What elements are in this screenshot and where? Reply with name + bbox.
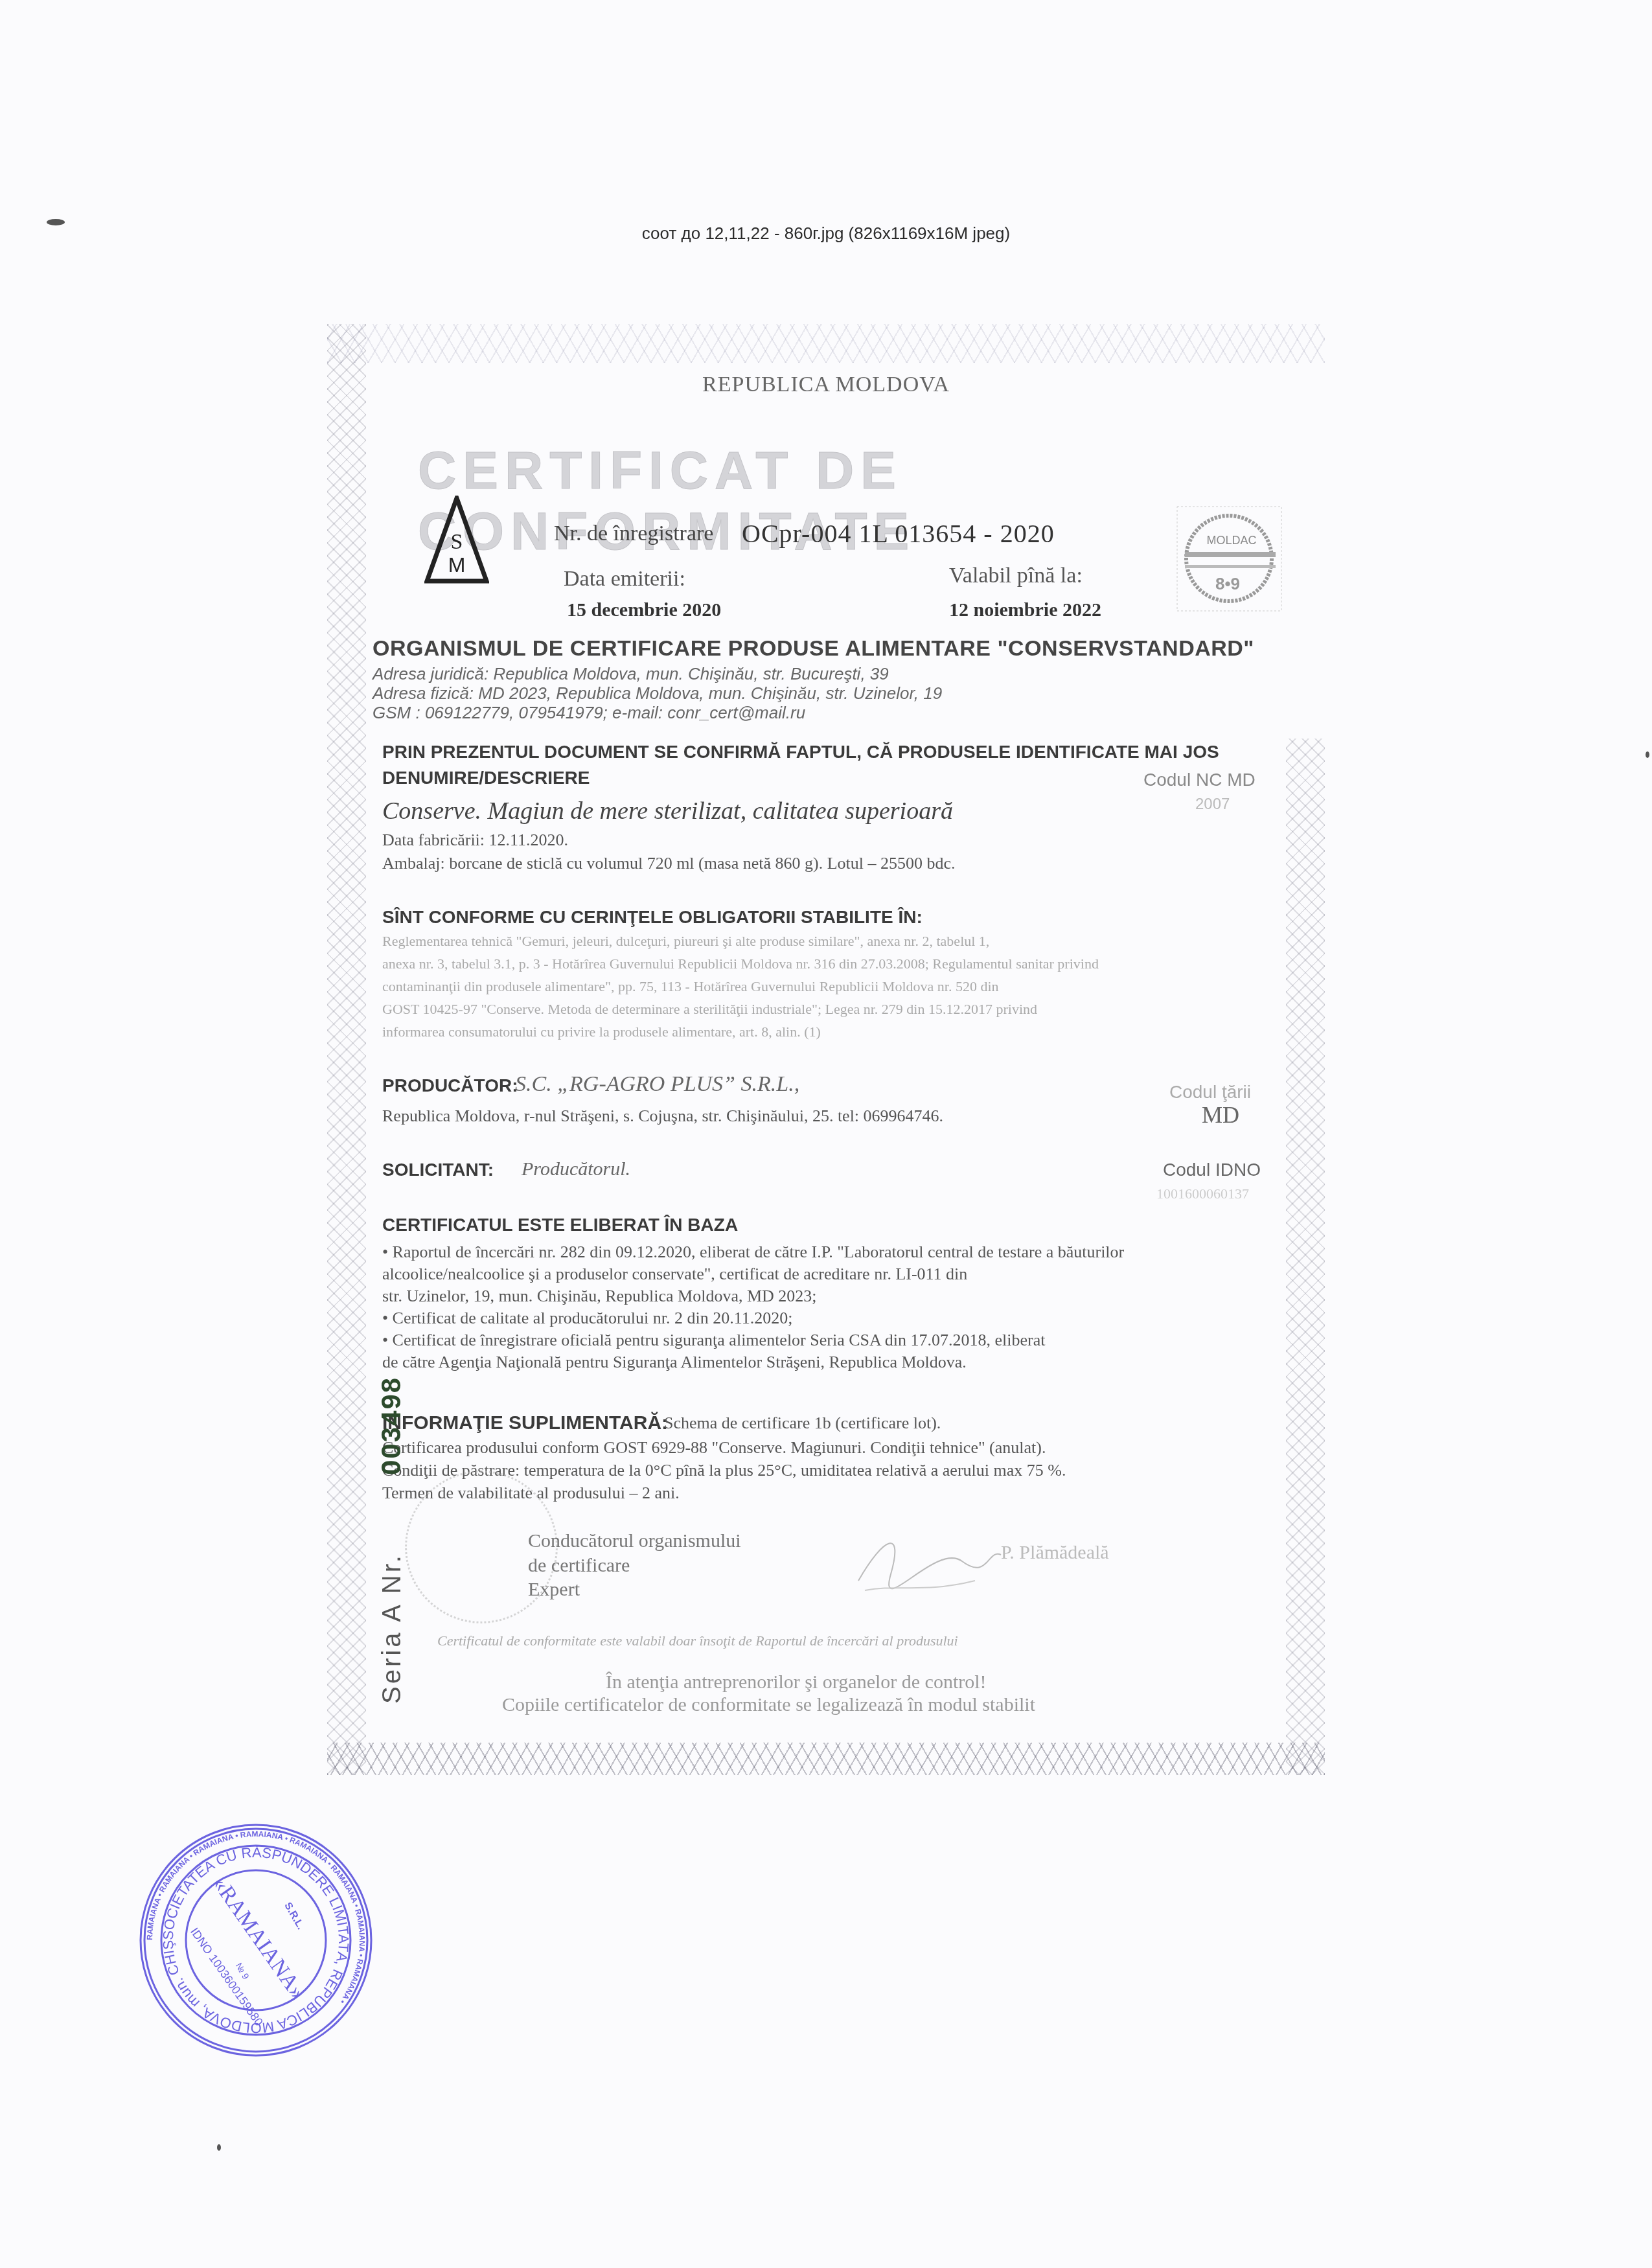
issue-date-label: Data emiterii: [564, 567, 685, 591]
product-name: Conserve. Magiun de mere sterilizat, cal… [382, 797, 953, 825]
applicant-label: SOLICITANT: [382, 1160, 494, 1180]
conformity-line: contaminanţii din produsele alimentare",… [382, 978, 999, 995]
extra-info-label: INFORMAŢIE SUPLIMENTARĂ: [382, 1412, 668, 1434]
svg-text:8•9: 8•9 [1215, 574, 1240, 593]
basis-line: alcoolice/nealcoolice şi a produselor co… [382, 1265, 967, 1284]
manufacture-date: Data fabricării: 12.11.2020. [382, 830, 568, 850]
guilloche-border-top [327, 324, 1325, 363]
organism-contacts: GSM : 069122779, 079541979; e-mail: conr… [373, 703, 805, 723]
head-title-line2: de certificare [528, 1553, 741, 1578]
basis-line: • Certificat de înregistrare oficială pe… [382, 1331, 1046, 1350]
moldac-accreditation-logo-icon: MOLDAC 8•9 [1176, 505, 1283, 612]
country-code: MD [1202, 1101, 1239, 1128]
conformity-line: informarea consumatorului cu privire la … [382, 1024, 821, 1040]
organism-title: ORGANISMUL DE CERTIFICARE PRODUSE ALIMEN… [373, 636, 1254, 661]
scan-speck [1646, 751, 1649, 758]
conformity-line: Reglementarea tehnică "Gemuri, jeleuri, … [382, 933, 989, 950]
organism-legal-address: Adresa juridică: Republica Moldova, mun.… [373, 664, 889, 684]
attention-note: În atenţia antreprenorilor şi organelor … [606, 1671, 987, 1693]
extra-line: Certificarea produsului conform GOST 692… [382, 1438, 1046, 1458]
svg-text:№ 9: № 9 [234, 1961, 251, 1981]
valid-until-value: 12 noiembrie 2022 [949, 599, 1101, 621]
scan-file-caption: соот до 12,11,22 - 860г.jpg (826x1169x16… [0, 223, 1652, 244]
packaging: Ambalaj: borcane de sticlă cu volumul 72… [382, 854, 956, 873]
series-number: Seria A Nr.003498 [376, 1377, 407, 1704]
series-label: Seria A Nr. [378, 1553, 406, 1704]
series-value: 003498 [376, 1377, 406, 1475]
head-title-line1: Conducătorul organismului [528, 1529, 741, 1553]
idno-label: Codul IDNO [1163, 1160, 1261, 1180]
expert-title: Expert [528, 1577, 741, 1602]
basis-line: str. Uzinelor, 19, mun. Chişinău, Republ… [382, 1287, 817, 1306]
conformity-line: anexa nr. 3, tabelul 3.1, p. 3 - Hotărîr… [382, 956, 1099, 972]
conformity-heading: SÎNT CONFORME CU CERINŢELE OBLIGATORII S… [382, 907, 923, 928]
certification-scheme: Schema de certificare 1b (certificare lo… [664, 1414, 941, 1433]
registration-number: OCpr-004 1L 013654 - 2020 [742, 518, 1055, 549]
issue-date-value: 15 decembrie 2020 [567, 599, 721, 621]
country-heading: REPUBLICA MOLDOVA [327, 372, 1325, 397]
producer-address: Republica Moldova, r-nul Străşeni, s. Co… [382, 1106, 943, 1126]
validity-note: Certificatul de conformitate este valabi… [437, 1632, 958, 1649]
description-label: DENUMIRE/DESCRIERE [382, 768, 590, 788]
svg-text:S: S [451, 530, 463, 554]
signatories: Conducătorul organismului de certificare… [528, 1529, 741, 1602]
head-name: P. Plămădeală [1001, 1542, 1109, 1564]
certificate: REPUBLICA MOLDOVA CERTIFICAT DE CONFORMI… [327, 324, 1325, 1775]
scan-speck [47, 219, 65, 225]
country-code-label: Codul ţării [1169, 1082, 1251, 1103]
producer-label: PRODUCĂTOR: [382, 1075, 518, 1096]
company-stamp-icon: RAMAIANA • RAMAIANA • RAMAIANA • RAMAIAN… [136, 1820, 376, 2060]
sm-triangle-logo-icon: S M [424, 496, 489, 586]
organism-physical-address: Adresa fizică: MD 2023, Republica Moldov… [373, 683, 942, 704]
svg-text:«RAMAIANA»: «RAMAIANA» [208, 1873, 310, 2004]
guilloche-border-bottom [327, 1743, 1325, 1775]
applicant-value: Producătorul. [522, 1158, 630, 1180]
nc-code-value: 2007 [1195, 796, 1230, 814]
basis-line: de către Agenţia Naţională pentru Sigura… [382, 1353, 967, 1372]
idno-value: 1001600060137 [1156, 1186, 1249, 1202]
svg-text:MOLDAC: MOLDAC [1206, 534, 1256, 547]
conformity-line: GOST 10425-97 "Conserve. Metoda de deter… [382, 1001, 1037, 1018]
producer-name: S.C. „RG-AGRO PLUS” S.R.L., [515, 1072, 799, 1097]
confirm-heading: PRIN PREZENTUL DOCUMENT SE CONFIRMĂ FAPT… [382, 742, 1219, 762]
guilloche-border-left [327, 324, 366, 1775]
svg-text:M: M [448, 553, 466, 577]
basis-heading: CERTIFICATUL ESTE ELIBERAT ÎN BAZA [382, 1215, 738, 1235]
basis-line: • Raportul de încercări nr. 282 din 09.1… [382, 1243, 1124, 1262]
svg-text:S.R.L.: S.R.L. [282, 1901, 306, 1932]
registration-label: Nr. de înregistrare [554, 521, 713, 546]
valid-until-label: Valabil pînă la: [949, 564, 1083, 588]
scan-speck [217, 2144, 221, 2151]
signature-icon [845, 1522, 1007, 1600]
copies-note: Copiile certificatelor de conformitate s… [502, 1694, 1035, 1716]
basis-line: • Certificat de calitate al producătorul… [382, 1309, 792, 1328]
guilloche-border-right [1286, 739, 1325, 1775]
nc-code-label: Codul NC MD [1143, 770, 1256, 790]
